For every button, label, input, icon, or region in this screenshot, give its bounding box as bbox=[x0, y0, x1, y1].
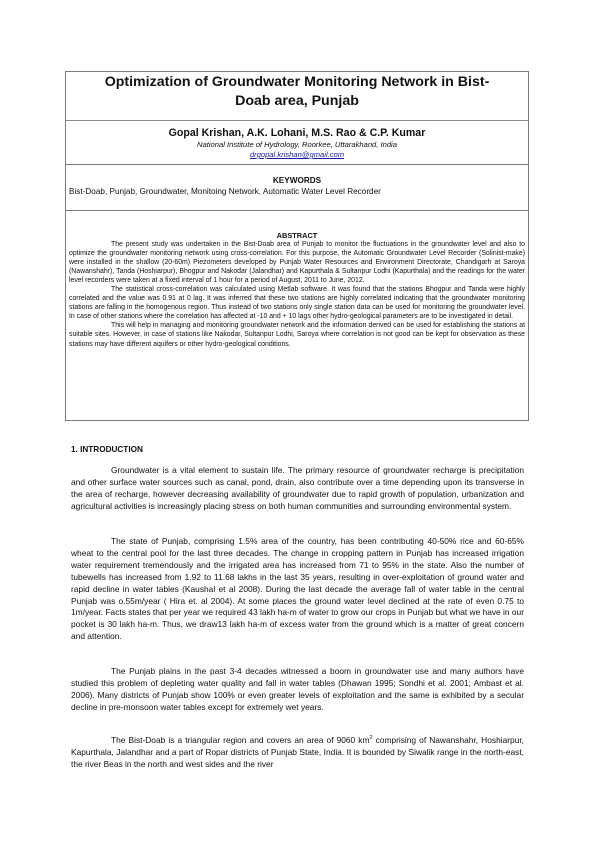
abstract-paragraph: The present study was undertaken in the … bbox=[69, 240, 525, 285]
paragraph-text: The state of Punjab, comprising 1.5% are… bbox=[71, 536, 524, 643]
paragraph-text: The Punjab plains in the past 3-4 decade… bbox=[71, 666, 524, 714]
author-list: Gopal Krishan, A.K. Lohani, M.S. Rao & C… bbox=[66, 127, 528, 140]
front-matter-box: Optimization of Groundwater Monitoring N… bbox=[65, 71, 529, 421]
body-paragraph: The state of Punjab, comprising 1.5% are… bbox=[71, 536, 524, 643]
keywords-heading: KEYWORDS bbox=[66, 176, 528, 186]
keywords-text: Bist-Doab, Punjab, Groundwater, Monitoin… bbox=[69, 186, 525, 197]
keywords-section: KEYWORDS Bist-Doab, Punjab, Groundwater,… bbox=[66, 165, 528, 211]
abstract-body: The present study was undertaken in the … bbox=[69, 240, 525, 349]
abstract-heading: ABSTRACT bbox=[66, 231, 528, 240]
body-paragraph: The Bist-Doab is a triangular region and… bbox=[71, 735, 524, 771]
paragraph-text: The Bist-Doab is a triangular region and… bbox=[71, 735, 524, 771]
paper-title: Optimization of Groundwater Monitoring N… bbox=[66, 73, 528, 111]
email-link[interactable]: drgopal.krishan@gmail.com bbox=[250, 150, 344, 159]
paragraph-text: Groundwater is a vital element to sustai… bbox=[71, 465, 524, 513]
email-line: drgopal.krishan@gmail.com bbox=[66, 150, 528, 160]
affiliation: National Institute of Hydrology, Roorkee… bbox=[66, 140, 528, 150]
authors-section: Gopal Krishan, A.K. Lohani, M.S. Rao & C… bbox=[66, 121, 528, 165]
abstract-paragraph: This will help in managing and monitorin… bbox=[69, 321, 525, 348]
document-page: Optimization of Groundwater Monitoring N… bbox=[0, 0, 595, 842]
body-paragraph: Groundwater is a vital element to sustai… bbox=[71, 465, 524, 513]
section-heading-introduction: 1. INTRODUCTION bbox=[71, 445, 143, 454]
abstract-paragraph: The statistical cross-correlation was ca… bbox=[69, 285, 525, 321]
body-paragraph: The Punjab plains in the past 3-4 decade… bbox=[71, 666, 524, 714]
abstract-section: ABSTRACT The present study was undertake… bbox=[66, 211, 528, 420]
title-section: Optimization of Groundwater Monitoring N… bbox=[66, 72, 528, 121]
text-run: The Bist-Doab is a triangular region and… bbox=[111, 735, 369, 745]
